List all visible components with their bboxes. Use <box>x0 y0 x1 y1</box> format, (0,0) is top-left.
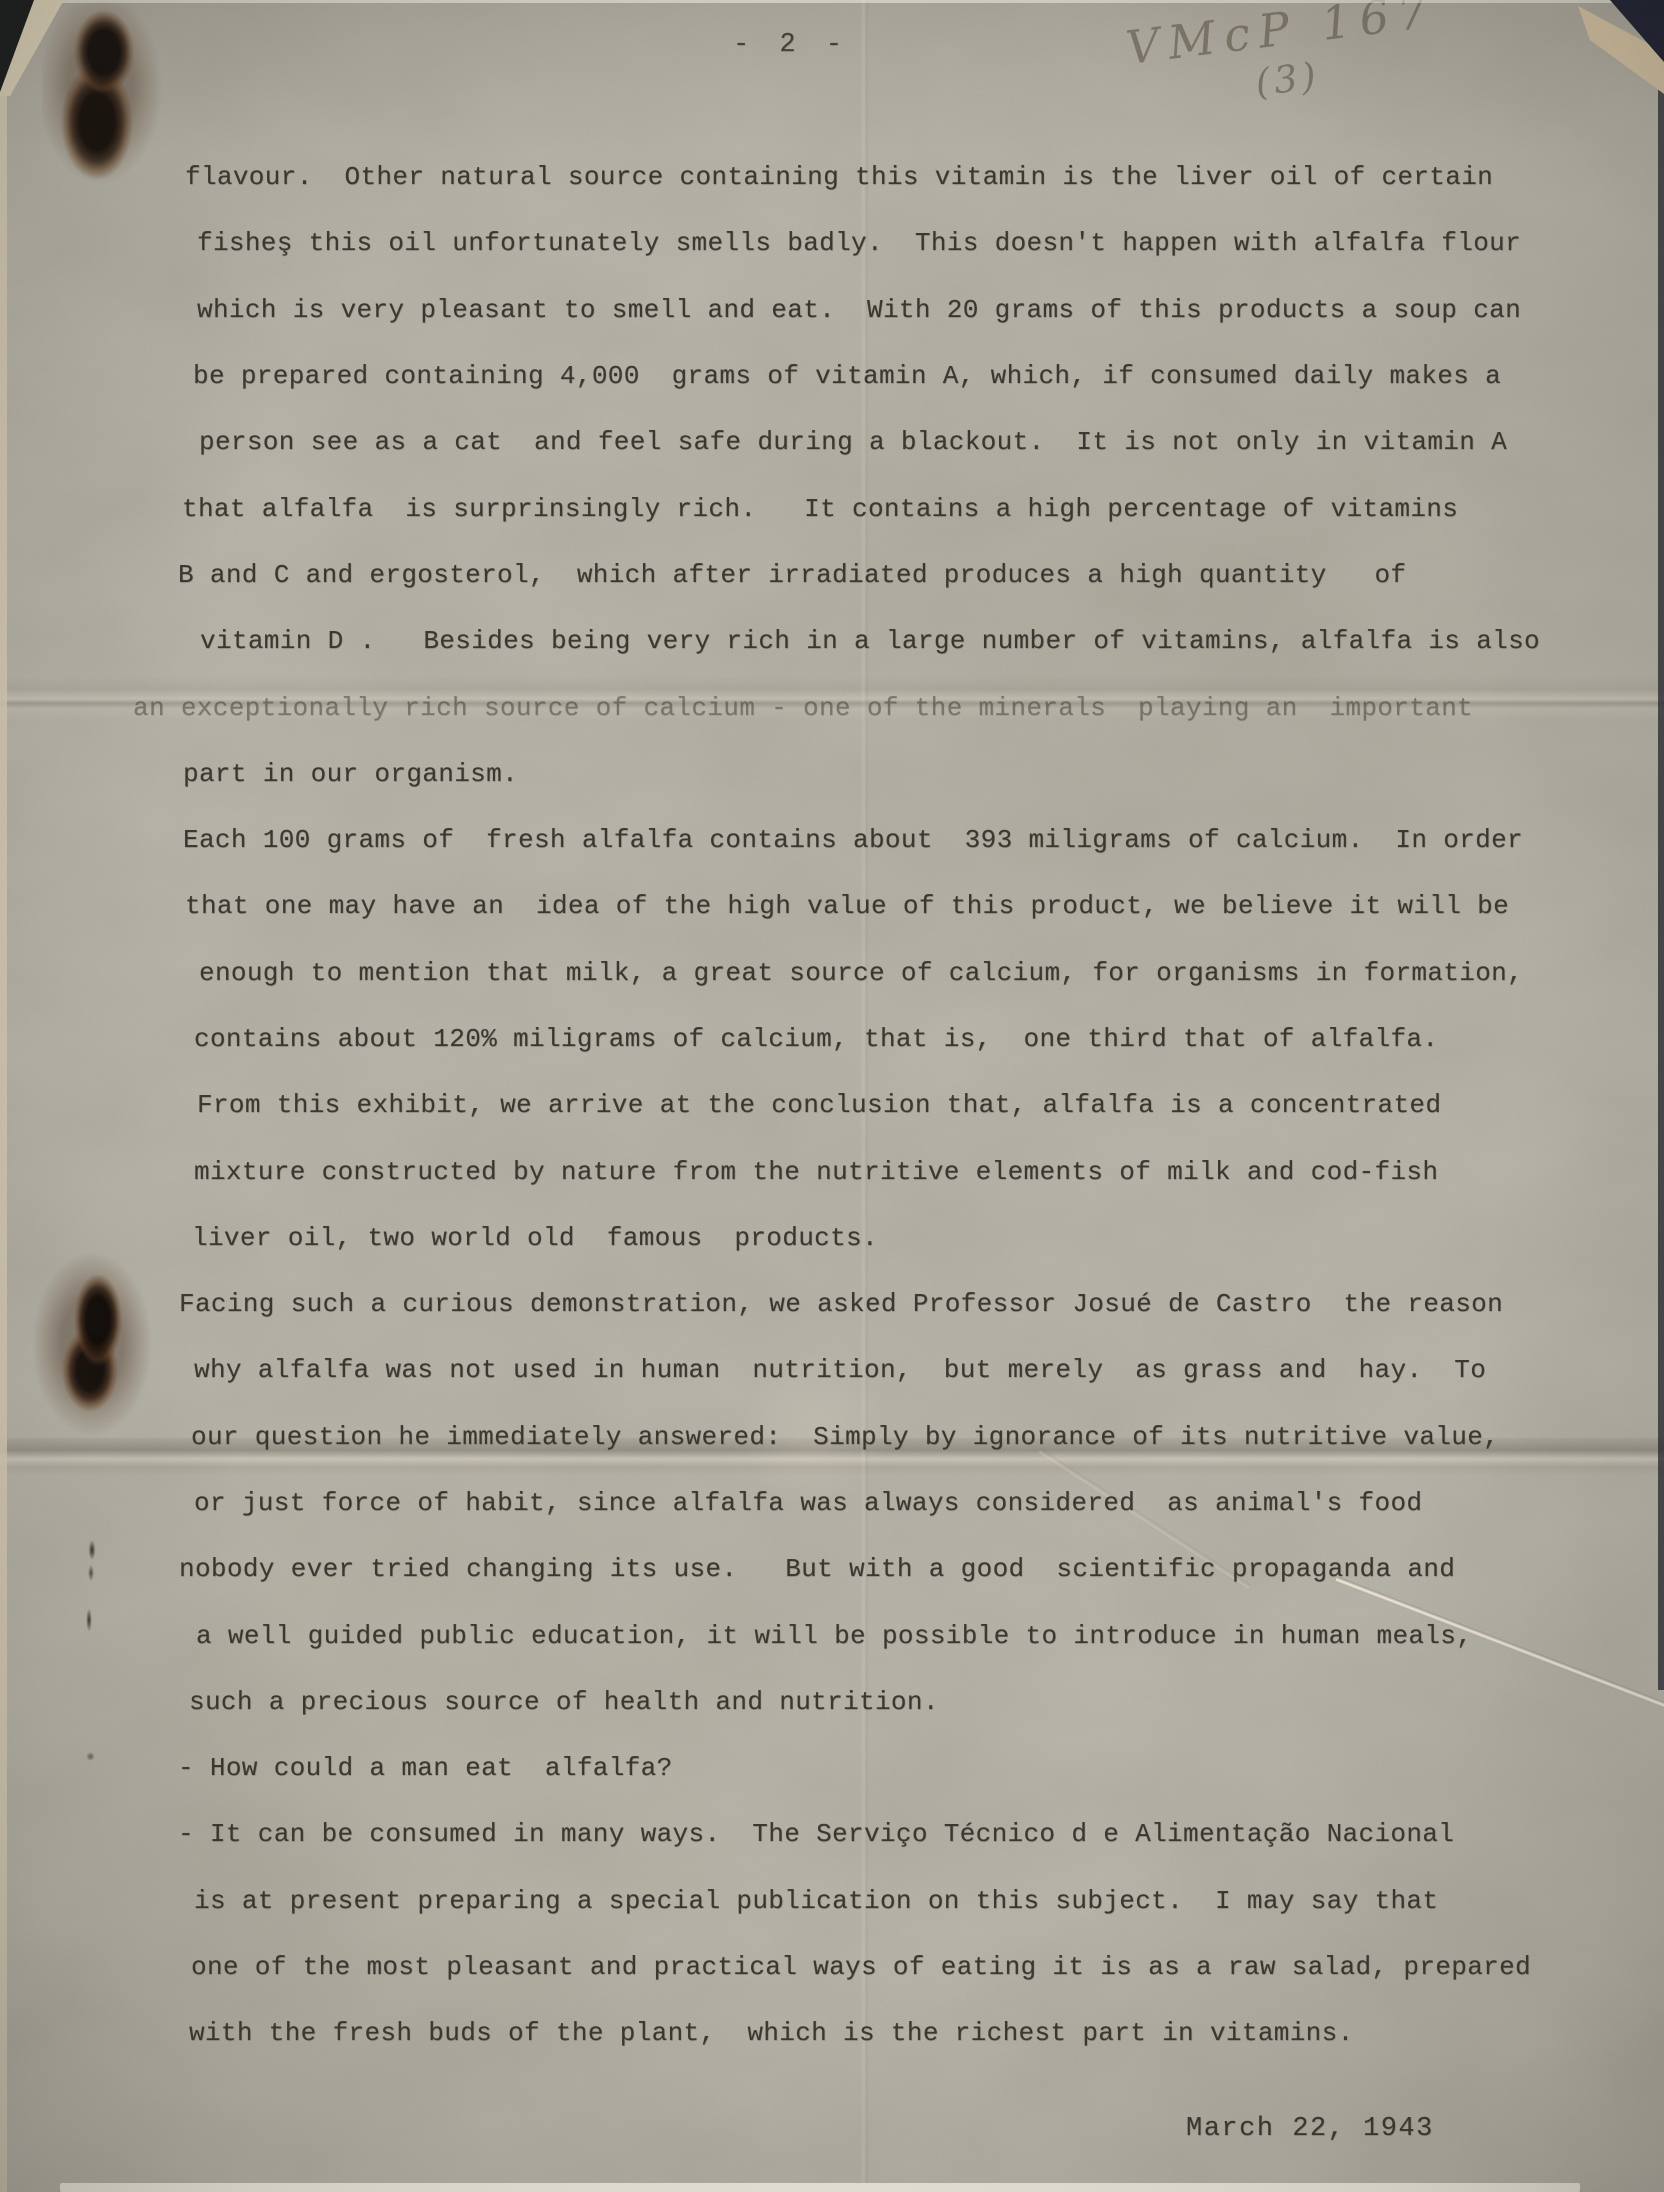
typewritten-line: part in our organism. <box>183 757 518 791</box>
date-line: March 22, 1943 <box>1186 2114 1434 2144</box>
typewritten-line: which is very pleasant to smell and eat.… <box>197 293 1521 327</box>
typewritten-line: one of the most pleasant and practical w… <box>191 1950 1531 1984</box>
paper-edge-bottom <box>60 2183 1580 2192</box>
typewritten-line: flavour. Other natural source containing… <box>185 160 1493 194</box>
typewritten-line: with the fresh buds of the plant, which … <box>189 2016 1354 2050</box>
typewritten-line: fisheş this oil unfortunately smells bad… <box>197 226 1521 260</box>
typewritten-line: why alfalfa was not used in human nutrit… <box>194 1353 1486 1387</box>
typewritten-line: enough to mention that milk, a great sou… <box>199 956 1523 990</box>
page-number: - 2 - <box>733 30 849 60</box>
paper-edge-right <box>1658 90 1664 1690</box>
typewritten-line: or just force of habit, since alfalfa wa… <box>194 1486 1422 1520</box>
typewritten-line: such a precious source of health and nut… <box>189 1685 939 1719</box>
typewritten-line: liver oil, two world old famous products… <box>192 1221 878 1255</box>
typewritten-line: be prepared containing 4,000 grams of vi… <box>193 359 1501 393</box>
typewritten-line: vitamin D . Besides being very rich in a… <box>200 624 1540 658</box>
ink-speck-upper <box>84 1538 100 1584</box>
typewritten-line: an exceptionally rich source of calcium … <box>133 691 1473 725</box>
typewritten-line: nobody ever tried changing its use. But … <box>179 1552 1455 1586</box>
typewritten-line: that alfalfa is surprinsingly rich. It c… <box>182 492 1458 526</box>
typewritten-line: Facing such a curious demonstration, we … <box>179 1287 1503 1321</box>
typewritten-line: From this exhibit, we arrive at the conc… <box>197 1088 1441 1122</box>
typewritten-line: - How could a man eat alfalfa? <box>178 1751 673 1785</box>
scanned-letter-page: - 2 - VMcP 167 (3) flavour. Other natura… <box>0 0 1664 2192</box>
typewritten-line: is at present preparing a special public… <box>194 1884 1438 1918</box>
typewritten-line: Each 100 grams of fresh alfalfa contains… <box>183 823 1523 857</box>
typewritten-line: - It can be consumed in many ways. The S… <box>178 1817 1454 1851</box>
typewritten-line: our question he immediately answered: Si… <box>191 1420 1499 1454</box>
typewritten-line: B and C and ergosterol, which after irra… <box>178 558 1406 592</box>
typewritten-line: person see as a cat and feel safe during… <box>199 425 1507 459</box>
typewritten-line: contains about 120% miligrams of calcium… <box>194 1022 1438 1056</box>
stray-dot <box>86 1752 95 1761</box>
paper-edge-left <box>0 40 7 2192</box>
typewritten-line: that one may have an idea of the high va… <box>185 889 1509 923</box>
paper-edge-top <box>0 0 1664 3</box>
burn-hole-middle-left <box>30 1248 170 1443</box>
typewritten-line: a well guided public education, it will … <box>196 1619 1472 1653</box>
burn-hole-top-left <box>42 0 182 195</box>
typewritten-line: mixture constructed by nature from the n… <box>194 1155 1438 1189</box>
ink-speck-lower <box>82 1598 96 1644</box>
